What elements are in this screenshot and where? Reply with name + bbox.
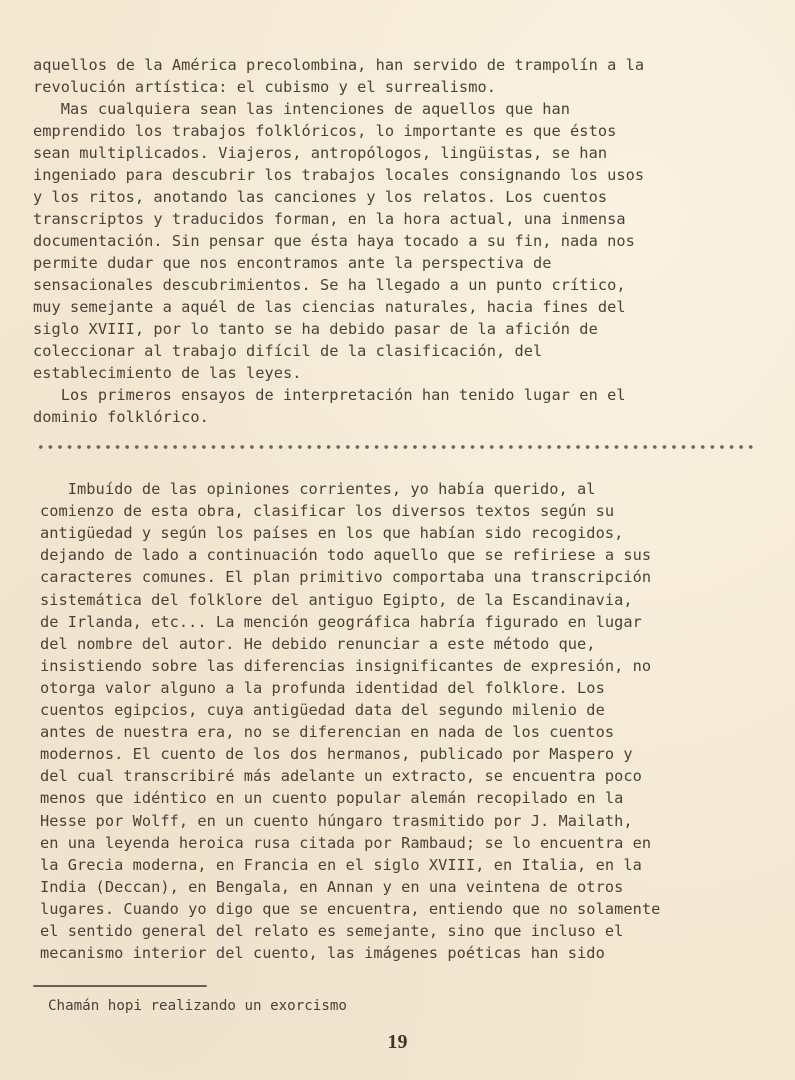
text-line: comienzo de esta obra, clasificar los di…: [40, 500, 614, 522]
text-line: permite dudar que nos encontramos ante l…: [33, 252, 552, 274]
text-line: de Irlanda, etc... La mención geográfica…: [40, 611, 642, 633]
text-line: antigüedad y según los países en los que…: [40, 522, 623, 544]
text-line: establecimiento de las leyes.: [33, 362, 302, 384]
text-line: muy semejante a aquél de las ciencias na…: [33, 296, 626, 318]
text-line: del cual transcribiré más adelante un ex…: [40, 765, 642, 787]
text-line: dejando de lado a continuación todo aque…: [40, 544, 651, 566]
text-line: sistemática del folklore del antiguo Egi…: [40, 589, 633, 611]
text-line: India (Deccan), en Bengala, en Annan y e…: [40, 876, 623, 898]
text-line: dominio folklórico.: [33, 406, 209, 428]
text-line: antes de nuestra era, no se diferencian …: [40, 721, 614, 743]
text-line: Imbuído de las opiniones corrientes, yo …: [40, 478, 596, 500]
caption-rule: [33, 985, 207, 987]
scanned-page: aquellos de la América precolombina, han…: [0, 0, 795, 1080]
text-line: caracteres comunes. El plan primitivo co…: [40, 566, 651, 588]
text-line: documentación. Sin pensar que ésta haya …: [33, 230, 635, 252]
text-line: el sentido general del relato es semejan…: [40, 920, 623, 942]
text-line: modernos. El cuento de los dos hermanos,…: [40, 743, 633, 765]
text-line: en una leyenda heroica rusa citada por R…: [40, 832, 651, 854]
page-number: 19: [0, 1031, 795, 1054]
text-line: emprendido los trabajos folklóricos, lo …: [33, 120, 616, 142]
text-line: aquellos de la América precolombina, han…: [33, 54, 644, 76]
dotted-separator: [36, 444, 756, 450]
text-line: Los primeros ensayos de interpretación h…: [33, 384, 626, 406]
text-line: transcriptos y traducidos forman, en la …: [33, 208, 626, 230]
text-line: mecanismo interior del cuento, las imáge…: [40, 942, 605, 964]
text-line: menos que idéntico en un cuento popular …: [40, 787, 623, 809]
text-line: lugares. Cuando yo digo que se encuentra…: [40, 898, 660, 920]
text-line: del nombre del autor. He debido renuncia…: [40, 633, 596, 655]
text-line: sensacionales descubrimientos. Se ha lle…: [33, 274, 626, 296]
text-line: siglo XVIII, por lo tanto se ha debido p…: [33, 318, 598, 340]
text-line: y los ritos, anotando las canciones y lo…: [33, 186, 607, 208]
text-line: coleccionar al trabajo difícil de la cla…: [33, 340, 542, 362]
text-line: ingeniado para descubrir los trabajos lo…: [33, 164, 644, 186]
text-line: cuentos egipcios, cuya antigüedad data d…: [40, 699, 605, 721]
text-line: revolución artística: el cubismo y el su…: [33, 76, 496, 98]
text-line: sean multiplicados. Viajeros, antropólog…: [33, 142, 607, 164]
image-caption: Chamán hopi realizando un exorcismo: [48, 998, 347, 1014]
text-line: otorga valor alguno a la profunda identi…: [40, 677, 605, 699]
text-line: insistiendo sobre las diferencias insign…: [40, 655, 651, 677]
text-line: Mas cualquiera sean las intenciones de a…: [33, 98, 570, 120]
text-line: la Grecia moderna, en Francia en el sigl…: [40, 854, 642, 876]
text-line: Hesse por Wolff, en un cuento húngaro tr…: [40, 810, 633, 832]
